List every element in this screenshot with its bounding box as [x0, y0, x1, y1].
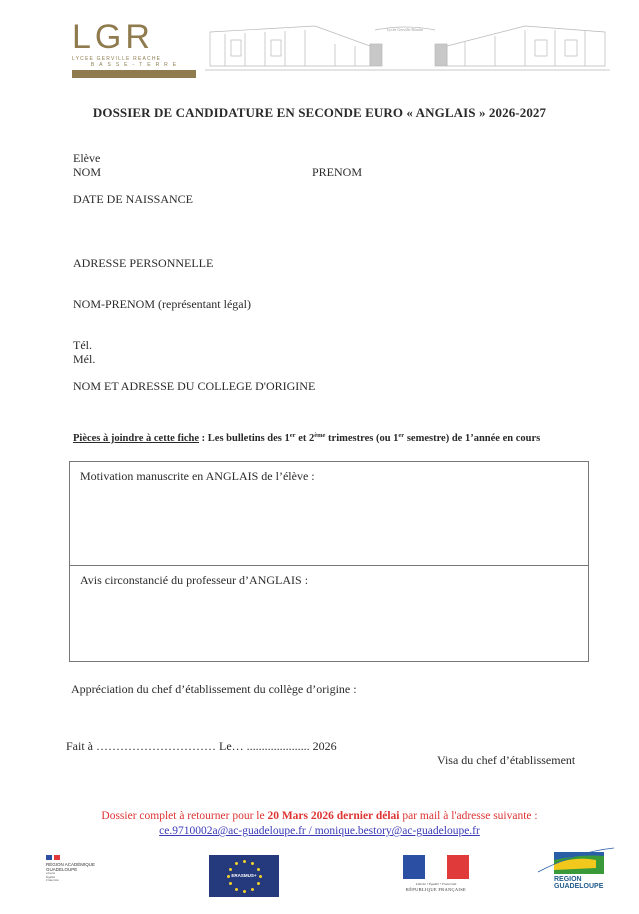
label-college: NOM ET ADRESSE DU COLLEGE D'ORIGINE — [73, 379, 315, 394]
label-tel: Tél. — [73, 338, 92, 353]
label-representant: NOM-PRENOM (représentant légal) — [73, 297, 251, 312]
school-building-sketch: Lycée Gerville Réache — [205, 22, 610, 74]
submission-instructions: Dossier complet à retourner pour le 20 M… — [0, 810, 639, 822]
deadline: 20 Mars 2026 dernier délai — [267, 810, 399, 822]
attachments-label: Pièces à joindre à cette fiche — [73, 433, 199, 444]
place-date-line: Fait à ………………………… Le… ..................… — [66, 739, 337, 754]
guadeloupe-wave-icon — [536, 846, 616, 876]
label-date-naissance: DATE DE NAISSANCE — [73, 192, 193, 207]
region-academique-logo: RÉGION ACADÉMIQUE GUADELOUPE Liberté Éga… — [46, 855, 126, 883]
republique-francaise-logo: Liberté • Égalité • Fraternité RÉPUBLIQU… — [403, 855, 469, 892]
label-adresse: ADRESSE PERSONNELLE — [73, 256, 213, 271]
lgr-logo: LGR LYCEE GERVILLE REACHE BASSE-TERRE — [72, 22, 200, 78]
document-title: DOSSIER DE CANDIDATURE EN SECONDE EURO «… — [0, 105, 639, 121]
marianne-flag-icon — [403, 855, 469, 879]
logo-band — [72, 70, 196, 78]
principal-appreciation-label: Appréciation du chef d’établissement du … — [71, 682, 357, 697]
label-nom: NOM — [73, 165, 101, 180]
label-mel: Mél. — [73, 352, 95, 367]
label-prenom: PRENOM — [312, 165, 362, 180]
french-flag-icon — [46, 855, 126, 860]
label-eleve: Elève — [73, 151, 100, 166]
email-link[interactable]: ce.9710002a@ac-guadeloupe.fr / monique.b… — [159, 825, 480, 837]
teacher-opinion-box[interactable]: Avis circonstancié du professeur d’ANGLA… — [70, 566, 588, 661]
logo-subtitle-city: BASSE-TERRE — [72, 62, 200, 68]
motivation-label: Motivation manuscrite en ANGLAIS de l’él… — [80, 469, 315, 484]
svg-text:Lycée Gerville Réache: Lycée Gerville Réache — [387, 27, 424, 32]
erasmus-logo: ERASMUS+ — [209, 855, 279, 897]
teacher-opinion-label: Avis circonstancié du professeur d’ANGLA… — [80, 573, 308, 588]
assessment-table: Motivation manuscrite en ANGLAIS de l’él… — [69, 461, 589, 662]
principal-visa-label: Visa du chef d’établissement — [437, 753, 575, 768]
region-guadeloupe-logo: REGION GUADELOUPE — [536, 846, 616, 896]
motivation-box[interactable]: Motivation manuscrite en ANGLAIS de l’él… — [70, 462, 588, 566]
email-line: ce.9710002a@ac-guadeloupe.fr / monique.b… — [0, 825, 639, 837]
attachments-note: Pièces à joindre à cette fiche : Les bul… — [73, 432, 540, 444]
logo-letters: LGR — [72, 22, 200, 52]
